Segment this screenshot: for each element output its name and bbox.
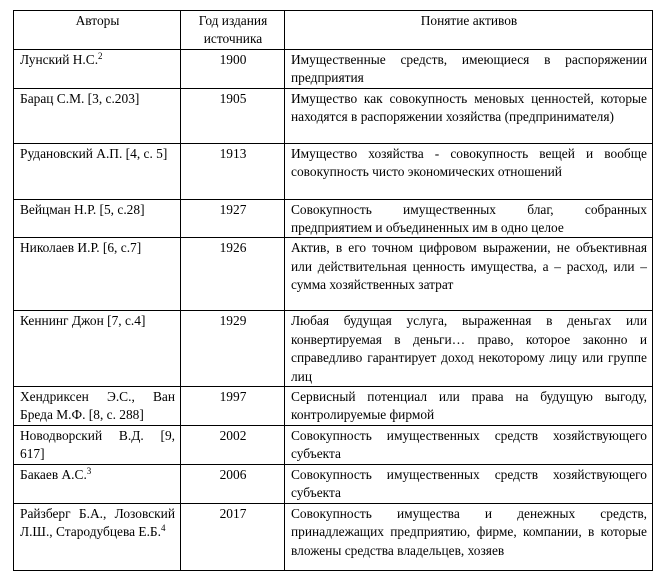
table-row: Вейцман Н.Р. [5, с.28]1927Совокупность и… <box>14 199 653 238</box>
author-cell: Хендриксен Э.С., Ван Бреда М.Ф. [8, с. 2… <box>14 387 181 426</box>
table-row: Хендриксен Э.С., Ван Бреда М.Ф. [8, с. 2… <box>14 387 653 426</box>
year-cell: 1913 <box>181 143 285 199</box>
assets-definitions-table: Авторы Год издания источника Понятие акт… <box>13 10 653 571</box>
author-name: Лунский Н.С. <box>20 52 98 67</box>
table-row: Лунский Н.С.21900Имущественные средств, … <box>14 49 653 88</box>
author-name: Хендриксен Э.С., Ван Бреда М.Ф. [8, с. 2… <box>20 389 175 422</box>
author-cell: Николаев И.Р. [6, с.7] <box>14 238 181 311</box>
author-name: Вейцман Н.Р. [5, с.28] <box>20 202 145 217</box>
author-name: Райзберг Б.А., Лозовский Л.Ш., Стародубц… <box>20 506 175 539</box>
concept-cell: Совокупность имущественных средств хозяй… <box>285 426 653 465</box>
table-row: Николаев И.Р. [6, с.7]1926Актив, в его т… <box>14 238 653 311</box>
concept-cell: Актив, в его точном цифровом выражении, … <box>285 238 653 311</box>
footnote-marker: 2 <box>98 51 103 61</box>
author-name: Кеннинг Джон [7, с.4] <box>20 313 145 328</box>
year-cell: 1905 <box>181 88 285 143</box>
concept-cell: Сервисный потенциал или права на будущую… <box>285 387 653 426</box>
table-header-row: Авторы Год издания источника Понятие акт… <box>14 11 653 50</box>
author-name: Барац С.М. [3, с.203] <box>20 91 139 106</box>
concept-cell: Совокупность имущественных средств хозяй… <box>285 464 653 503</box>
author-cell: Рудановский А.П. [4, с. 5] <box>14 143 181 199</box>
concept-cell: Любая будущая услуга, выраженная в деньг… <box>285 311 653 387</box>
table-row: Рудановский А.П. [4, с. 5]1913Имущество … <box>14 143 653 199</box>
author-cell: Бакаев А.С.3 <box>14 464 181 503</box>
footnote-marker: 4 <box>161 523 166 533</box>
author-name: Николаев И.Р. [6, с.7] <box>20 240 141 255</box>
author-name: Новодворский В.Д. [9, 617] <box>20 428 175 461</box>
author-cell: Лунский Н.С.2 <box>14 49 181 88</box>
author-name: Рудановский А.П. [4, с. 5] <box>20 146 167 161</box>
year-cell: 1927 <box>181 199 285 238</box>
header-year: Год издания источника <box>181 11 285 50</box>
table-row: Райзберг Б.А., Лозовский Л.Ш., Стародубц… <box>14 503 653 570</box>
author-cell: Райзберг Б.А., Лозовский Л.Ш., Стародубц… <box>14 503 181 570</box>
header-authors: Авторы <box>14 11 181 50</box>
author-cell: Вейцман Н.Р. [5, с.28] <box>14 199 181 238</box>
concept-cell: Имущество как совокупность меновых ценно… <box>285 88 653 143</box>
concept-cell: Имущество хозяйства - совокупность вещей… <box>285 143 653 199</box>
table-row: Барац С.М. [3, с.203]1905Имущество как с… <box>14 88 653 143</box>
concept-cell: Совокупность имущественных благ, собранн… <box>285 199 653 238</box>
author-cell: Барац С.М. [3, с.203] <box>14 88 181 143</box>
year-cell: 2002 <box>181 426 285 465</box>
concept-cell: Имущественные средств, имеющиеся в распо… <box>285 49 653 88</box>
year-cell: 1997 <box>181 387 285 426</box>
author-cell: Новодворский В.Д. [9, 617] <box>14 426 181 465</box>
footnote-marker: 3 <box>87 466 92 476</box>
table-row: Новодворский В.Д. [9, 617]2002Совокупнос… <box>14 426 653 465</box>
year-cell: 2017 <box>181 503 285 570</box>
author-cell: Кеннинг Джон [7, с.4] <box>14 311 181 387</box>
year-cell: 1900 <box>181 49 285 88</box>
year-cell: 1926 <box>181 238 285 311</box>
year-cell: 2006 <box>181 464 285 503</box>
author-name: Бакаев А.С. <box>20 467 87 482</box>
year-cell: 1929 <box>181 311 285 387</box>
table-row: Кеннинг Джон [7, с.4]1929Любая будущая у… <box>14 311 653 387</box>
table-row: Бакаев А.С.32006Совокупность имущественн… <box>14 464 653 503</box>
header-concept: Понятие активов <box>285 11 653 50</box>
concept-cell: Совокупность имущества и денежных средст… <box>285 503 653 570</box>
